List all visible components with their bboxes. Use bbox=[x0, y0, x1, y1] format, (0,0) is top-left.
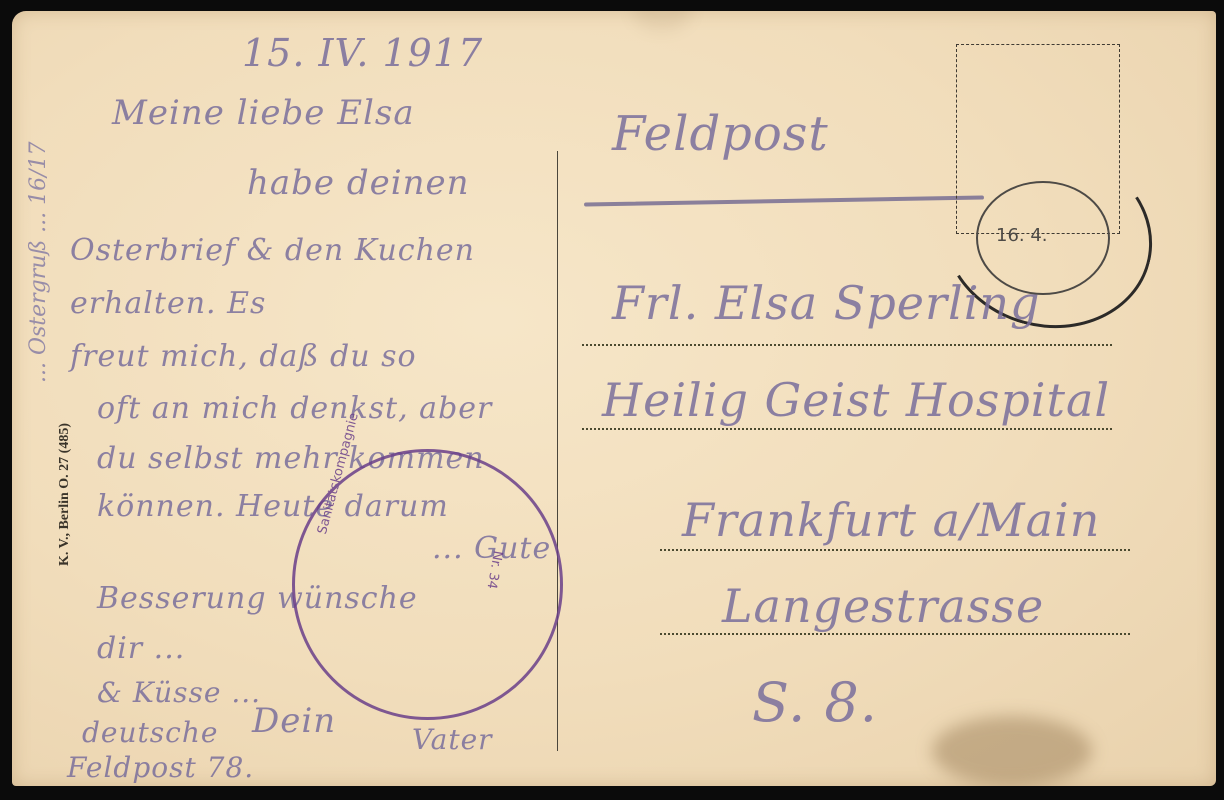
unit-stamp: Sanitätskompagnie Nr. 34 bbox=[292, 449, 563, 720]
message-signature: Vater bbox=[412, 723, 493, 756]
water-stain bbox=[932, 716, 1092, 786]
postmark-date: 16. 4. bbox=[996, 225, 1048, 246]
message-line: habe deinen bbox=[247, 163, 470, 203]
address-line-4 bbox=[660, 633, 1130, 635]
address-district: S. 8. bbox=[752, 671, 878, 734]
address-street: Langestrasse bbox=[722, 579, 1044, 633]
address-line-3 bbox=[660, 549, 1130, 551]
postcard: K. V., Berlin O. 27 (485) ... Ostergruß … bbox=[12, 11, 1216, 786]
message-line: deutsche bbox=[82, 716, 218, 749]
header-underline bbox=[584, 196, 984, 207]
message-date: 15. IV. 1917 bbox=[242, 31, 483, 75]
message-line: erhalten. Es bbox=[70, 286, 266, 321]
unit-stamp-right-text: Nr. 34 bbox=[484, 549, 505, 590]
message-line: dir ... bbox=[97, 631, 185, 666]
address-institution: Heilig Geist Hospital bbox=[602, 373, 1110, 427]
message-line: Feldpost 78. bbox=[67, 751, 254, 784]
message-line: Meine liebe Elsa bbox=[112, 93, 415, 133]
message-line: Osterbrief & den Kuchen bbox=[70, 233, 475, 268]
address-line-1 bbox=[582, 344, 1112, 346]
message-line: freut mich, daß du so bbox=[70, 339, 417, 374]
feldpost-header: Feldpost bbox=[612, 106, 829, 162]
message-line: oft an mich denkst, aber bbox=[97, 391, 492, 426]
address-recipient: Frl. Elsa Sperling bbox=[612, 276, 1040, 330]
paper-stain bbox=[632, 11, 692, 31]
message-closing: Dein bbox=[252, 701, 336, 741]
printed-imprint: K. V., Berlin O. 27 (485) bbox=[57, 423, 73, 566]
message-line: & Küsse ... bbox=[97, 676, 261, 709]
address-city: Frankfurt a/Main bbox=[682, 493, 1100, 547]
center-divider bbox=[557, 151, 558, 751]
address-line-2 bbox=[582, 428, 1112, 430]
side-note: ... Ostergruß ... 16/17 bbox=[26, 141, 51, 383]
